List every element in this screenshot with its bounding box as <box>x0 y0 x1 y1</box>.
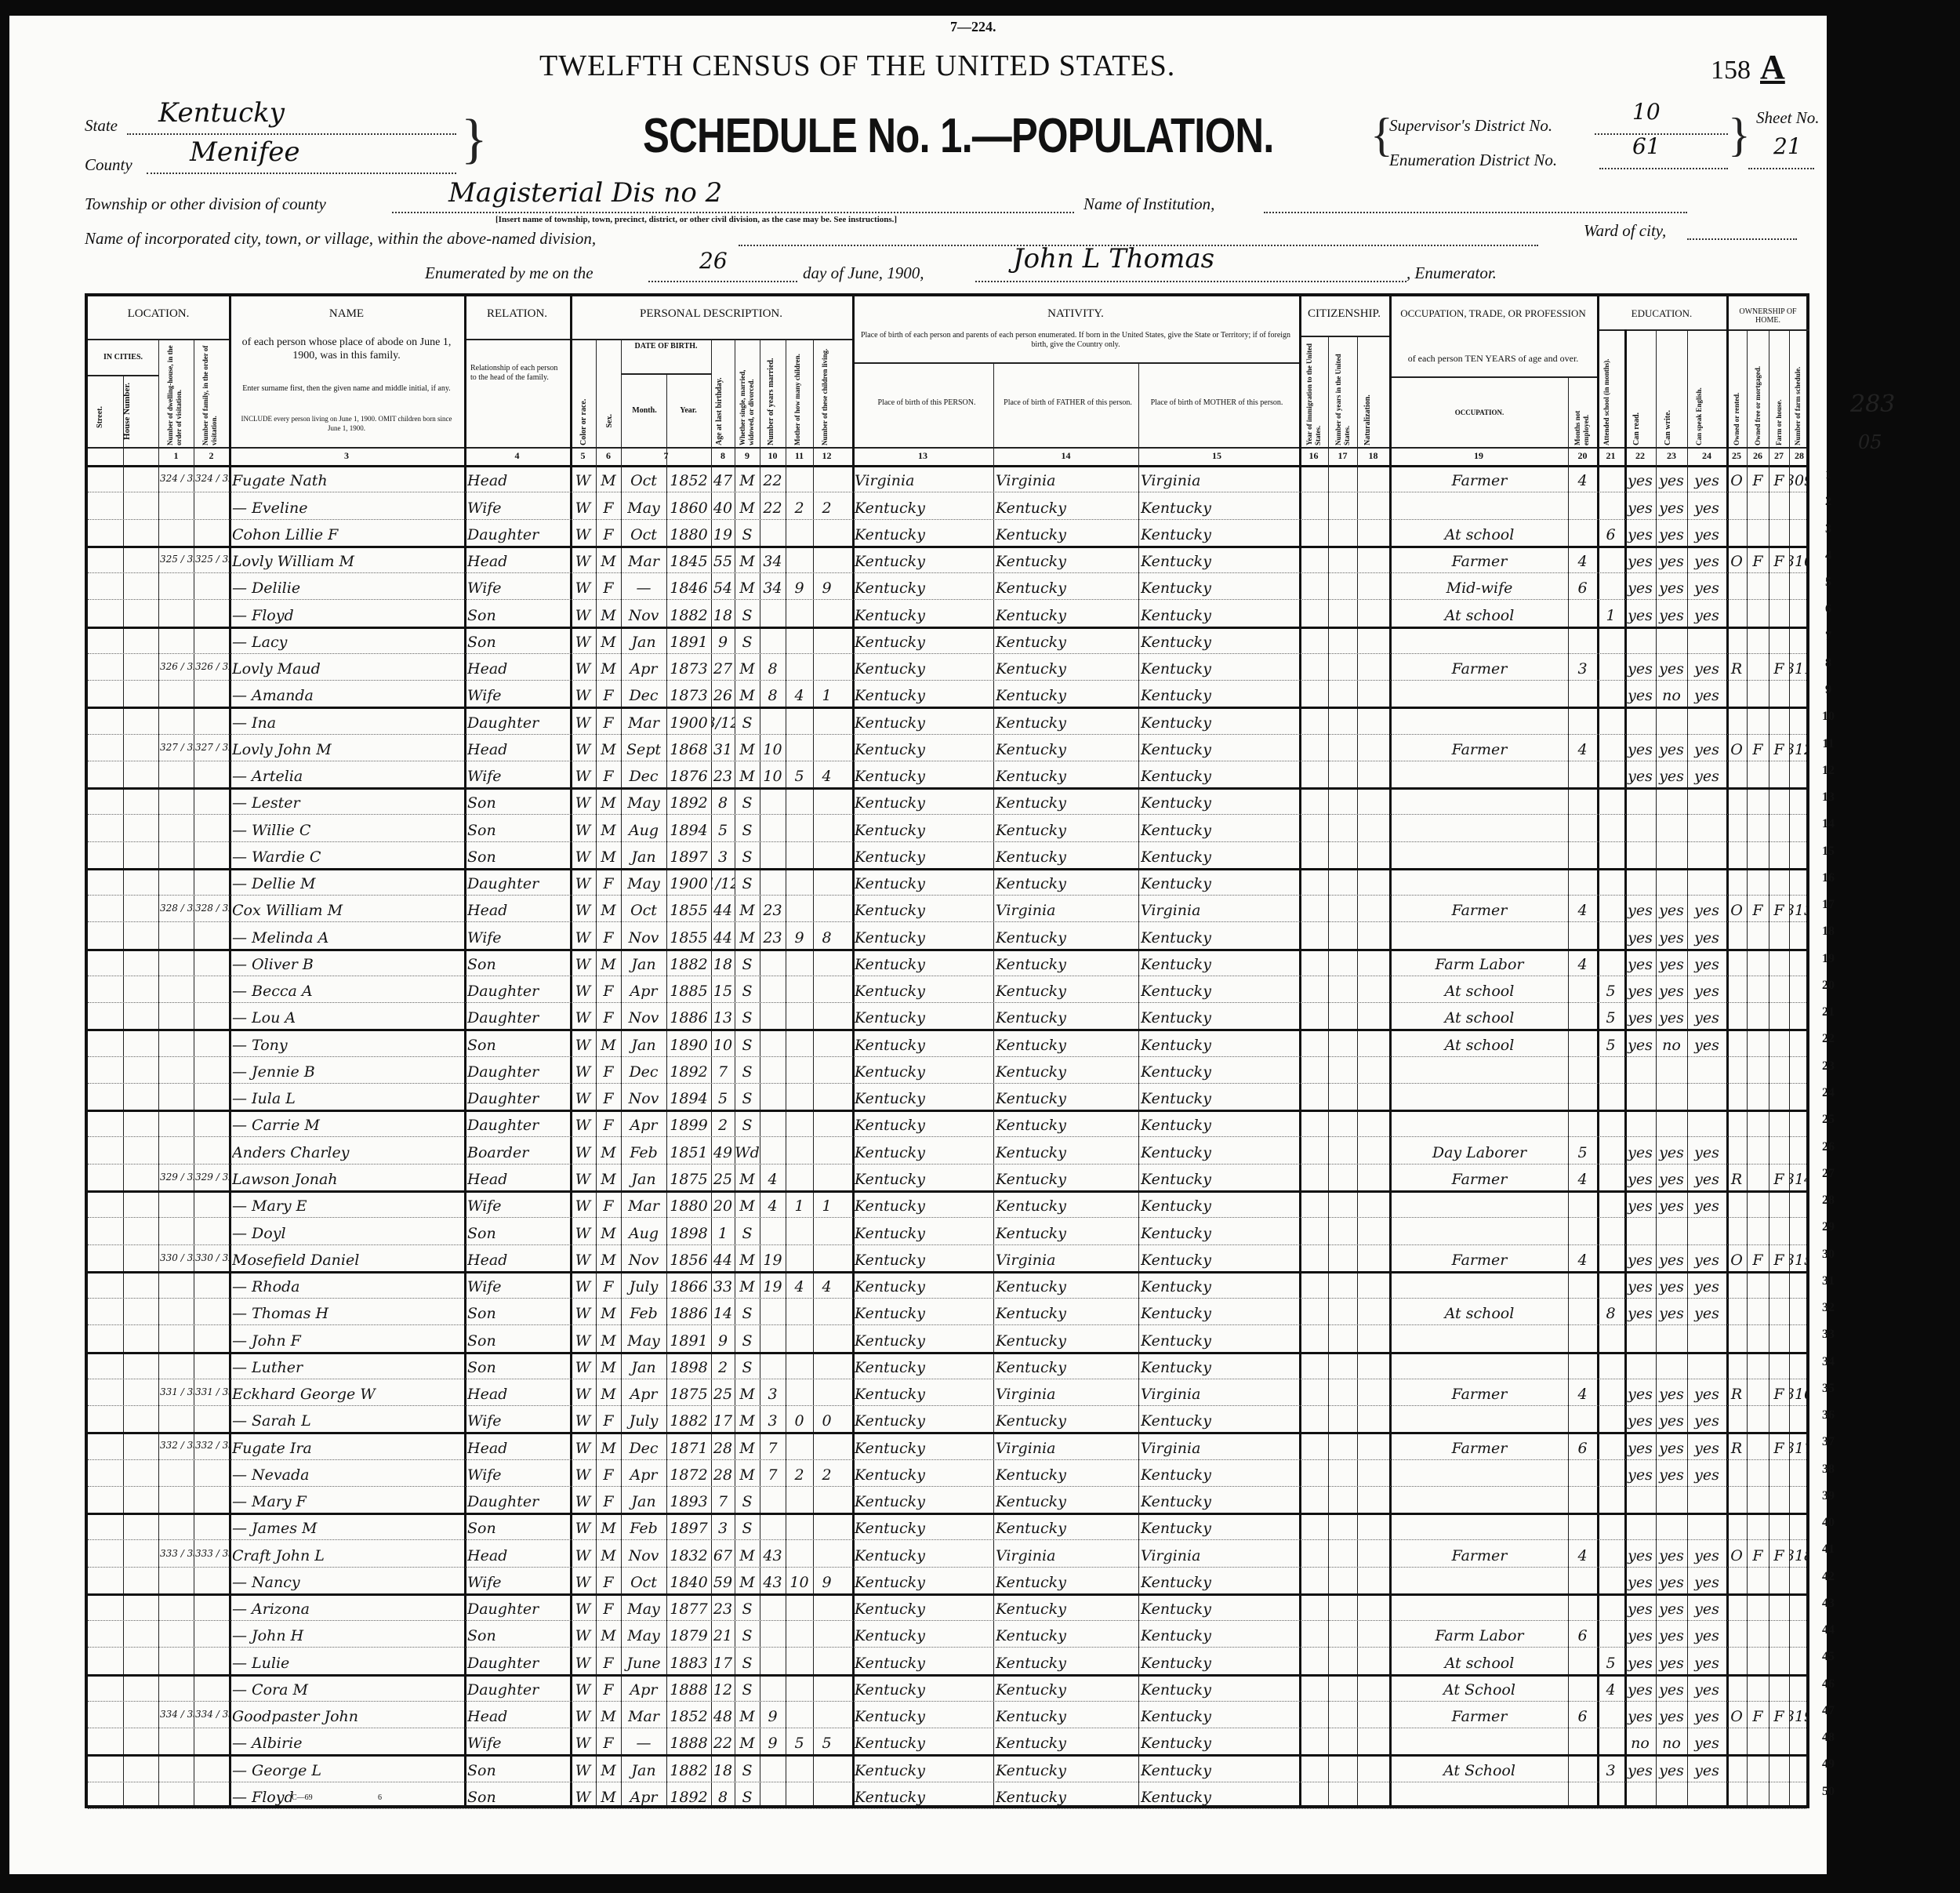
cell-school <box>1597 921 1624 948</box>
cell-mother: Kentucky <box>1141 627 1298 653</box>
table-row: 330 / 329330 / 329Mosefield DanielHeadWM… <box>88 1244 1806 1274</box>
cell-unemployed <box>1568 1002 1597 1029</box>
cell-schedule <box>1789 1083 1809 1110</box>
cell-year: 1900 <box>666 707 711 733</box>
cell-sex: F <box>596 1486 621 1513</box>
cell-marital: S <box>735 949 760 976</box>
cell-marital: M <box>735 572 760 599</box>
cell-name: — Delilie <box>232 572 464 599</box>
cell-birth: Kentucky <box>855 599 993 626</box>
cell-name: — Ina <box>232 707 464 733</box>
cell-occupation: At school <box>1391 599 1568 626</box>
cell-school <box>1597 1271 1624 1298</box>
supervisor-line <box>1595 133 1728 135</box>
cell-birth: Kentucky <box>855 627 993 653</box>
cell-free: F <box>1747 1701 1769 1728</box>
table-row: — LulieDaughterWFJune188317SKentuckyKent… <box>88 1647 1806 1676</box>
cell-free <box>1747 1271 1769 1298</box>
cell-farm <box>1769 1486 1789 1513</box>
cell-read: yes <box>1624 680 1656 707</box>
group-name: NAME <box>229 307 464 321</box>
cell-color: W <box>570 1459 596 1486</box>
cell-mother: Kentucky <box>1141 599 1298 626</box>
cell-write: yes <box>1656 519 1687 546</box>
cell-mother: Kentucky <box>1141 680 1298 707</box>
cell-occupation <box>1391 1728 1568 1754</box>
cell-name: — George L <box>232 1754 464 1781</box>
colnum: 1 <box>158 450 194 462</box>
cell-father: Kentucky <box>996 653 1138 680</box>
cell-relation: Son <box>467 1324 570 1351</box>
cell-farm: F <box>1769 1539 1789 1566</box>
cell-living <box>813 1486 840 1513</box>
cell-color: W <box>570 519 596 546</box>
cell-living <box>813 1324 840 1351</box>
cell-birth: Kentucky <box>855 1164 993 1190</box>
cell-color: W <box>570 1593 596 1620</box>
cell-owned <box>1726 868 1747 895</box>
cell-marital: S <box>735 868 760 895</box>
table-row: — LutherSonWMJan18982SKentuckyKentuckyKe… <box>88 1352 1806 1379</box>
cell-color: W <box>570 1137 596 1164</box>
cell-relation: Son <box>467 1298 570 1324</box>
cell-family <box>194 1513 229 1539</box>
cell-schedule: 312 <box>1789 734 1809 761</box>
cell-read: yes <box>1624 1137 1656 1164</box>
cell-color: W <box>570 1217 596 1244</box>
hdr-occupation: OCCUPATION. <box>1393 408 1566 417</box>
cell-occupation: At school <box>1391 519 1568 546</box>
cell-year: 1852 <box>666 465 711 492</box>
cell-mother-of <box>786 1593 813 1620</box>
cell-year: 1885 <box>666 976 711 1002</box>
cell-color: W <box>570 1539 596 1566</box>
cell-year: 1898 <box>666 1352 711 1379</box>
cell-family <box>194 1486 229 1513</box>
cell-month: May <box>621 868 666 895</box>
cell-name: — Luther <box>232 1352 464 1379</box>
cell-year: 1856 <box>666 1244 711 1271</box>
cell-living <box>813 1701 840 1728</box>
cell-mother-of <box>786 1244 813 1271</box>
cell-father: Kentucky <box>996 1782 1138 1808</box>
cell-color: W <box>570 1298 596 1324</box>
cell-farm <box>1769 1190 1789 1217</box>
cell-write: yes <box>1656 761 1687 787</box>
cell-living <box>813 546 840 572</box>
cell-birth: Kentucky <box>855 1459 993 1486</box>
cell-family: 332 / 331 <box>194 1432 229 1459</box>
cell-write: yes <box>1656 1432 1687 1459</box>
form-code: C—69 <box>292 1793 313 1802</box>
cell-yrs-married <box>760 1137 786 1164</box>
cell-year: 1871 <box>666 1432 711 1459</box>
cell-schedule: 319 <box>1789 1701 1809 1728</box>
cell-owned <box>1726 841 1747 868</box>
cell-free <box>1747 1754 1769 1781</box>
cell-marital: S <box>735 976 760 1002</box>
cell-dwelling <box>158 1271 194 1298</box>
colnum: 23 <box>1656 450 1687 462</box>
cell-owned: R <box>1726 1164 1747 1190</box>
group-location: LOCATION. <box>88 307 229 321</box>
cell-school: 5 <box>1597 976 1624 1002</box>
cell-year: 1891 <box>666 627 711 653</box>
cell-schedule <box>1789 680 1809 707</box>
cell-color: W <box>570 976 596 1002</box>
cell-occupation: Farmer <box>1391 734 1568 761</box>
cell-name: Fugate Ira <box>232 1432 464 1459</box>
cell-unemployed: 4 <box>1568 1244 1597 1271</box>
hdr-immigration: Year of immigration to the United States… <box>1305 340 1323 445</box>
cell-living <box>813 1137 840 1164</box>
cell-year: 1898 <box>666 1217 711 1244</box>
cell-sex: M <box>596 1164 621 1190</box>
cell-school <box>1597 949 1624 976</box>
cell-write <box>1656 707 1687 733</box>
cell-marital: M <box>735 1379 760 1405</box>
cell-owned <box>1726 1674 1747 1701</box>
cell-year: 1897 <box>666 1513 711 1539</box>
cell-unemployed <box>1568 1352 1597 1379</box>
cell-write: yes <box>1656 1674 1687 1701</box>
cell-birth: Kentucky <box>855 1567 993 1593</box>
cell-read: yes <box>1624 895 1656 921</box>
cell-month: Jan <box>621 627 666 653</box>
cell-sex: M <box>596 1324 621 1351</box>
cell-mother: Kentucky <box>1141 492 1298 518</box>
cell-family: 325 / 324 <box>194 546 229 572</box>
cell-relation: Wife <box>467 921 570 948</box>
cell-color: W <box>570 546 596 572</box>
cell-owned: O <box>1726 1701 1747 1728</box>
cell-occupation: At school <box>1391 976 1568 1002</box>
cell-relation: Son <box>467 949 570 976</box>
cell-family <box>194 1002 229 1029</box>
cell-occupation <box>1391 841 1568 868</box>
cell-birth: Kentucky <box>855 734 993 761</box>
cell-month: July <box>621 1271 666 1298</box>
cell-speak: yes <box>1687 895 1726 921</box>
cell-owned <box>1726 707 1747 733</box>
cell-owned: O <box>1726 546 1747 572</box>
cell-mother-of <box>786 734 813 761</box>
cell-sex: F <box>596 1567 621 1593</box>
cell-free <box>1747 1379 1769 1405</box>
cell-free <box>1747 1567 1769 1593</box>
table-row: — Carrie MDaughterWFApr18992SKentuckyKen… <box>88 1110 1806 1137</box>
cell-school <box>1597 627 1624 653</box>
cell-living: 4 <box>813 761 840 787</box>
cell-year: 1840 <box>666 1567 711 1593</box>
cell-marital: M <box>735 1190 760 1217</box>
cell-name: Craft John L <box>232 1539 464 1566</box>
cell-birth: Kentucky <box>855 1701 993 1728</box>
enumerator-label: , Enumerator. <box>1406 263 1497 283</box>
cell-occupation: Mid-wife <box>1391 572 1568 599</box>
cell-free <box>1747 1405 1769 1432</box>
cell-family: 331 / 330 <box>194 1379 229 1405</box>
cell-mother-of <box>786 707 813 733</box>
cell-marital: S <box>735 1782 760 1808</box>
cell-school: 5 <box>1597 1029 1624 1056</box>
enumerated-prefix: Enumerated by me on the <box>425 263 593 283</box>
cell-owned: R <box>1726 1379 1747 1405</box>
cell-mother-of <box>786 895 813 921</box>
cell-farm <box>1769 1647 1789 1673</box>
cell-farm <box>1769 1217 1789 1244</box>
cell-sex: M <box>596 1432 621 1459</box>
cell-mother-of <box>786 653 813 680</box>
cell-school <box>1597 1486 1624 1513</box>
cell-occupation <box>1391 761 1568 787</box>
cell-color: W <box>570 814 596 841</box>
cell-speak <box>1687 1352 1726 1379</box>
cell-year: 1845 <box>666 546 711 572</box>
cell-father: Kentucky <box>996 1486 1138 1513</box>
cell-color: W <box>570 1110 596 1136</box>
cell-year: 1866 <box>666 1271 711 1298</box>
cell-mother: Kentucky <box>1141 1567 1298 1593</box>
cell-age: 8 <box>711 787 735 814</box>
cell-living <box>813 519 840 546</box>
cell-dwelling <box>158 627 194 653</box>
cell-father: Kentucky <box>996 546 1138 572</box>
cell-speak <box>1687 1083 1726 1110</box>
table-row: — Wardie CSonWMJan18973SKentuckyKentucky… <box>88 841 1806 870</box>
cell-farm <box>1769 1083 1789 1110</box>
cell-mother-of: 5 <box>786 1728 813 1754</box>
cell-unemployed <box>1568 1513 1597 1539</box>
cell-living <box>813 1539 840 1566</box>
colnum: 24 <box>1687 450 1726 462</box>
cell-yrs-married <box>760 1056 786 1083</box>
cell-age: 5 <box>711 1083 735 1110</box>
cell-free <box>1747 1298 1769 1324</box>
cell-farm <box>1769 627 1789 653</box>
line-number: 26 <box>1813 1140 1844 1154</box>
cell-sex: M <box>596 841 621 868</box>
cell-free <box>1747 1674 1769 1701</box>
cell-living <box>813 1379 840 1405</box>
cell-occupation <box>1391 1056 1568 1083</box>
cell-relation: Son <box>467 841 570 868</box>
cell-read: yes <box>1624 1459 1656 1486</box>
cell-write <box>1656 1513 1687 1539</box>
cell-living <box>813 653 840 680</box>
cell-family: 328 / 327 <box>194 895 229 921</box>
cell-school <box>1597 1217 1624 1244</box>
cell-living <box>813 1674 840 1701</box>
cell-marital: M <box>735 653 760 680</box>
colnum: 11 <box>786 450 813 462</box>
table-row: — Melinda AWifeWFNov185544M2398KentuckyK… <box>88 921 1806 950</box>
cell-read: yes <box>1624 1539 1656 1566</box>
cell-month: Aug <box>621 1217 666 1244</box>
cell-father: Kentucky <box>996 627 1138 653</box>
cell-marital: M <box>735 1432 760 1459</box>
cell-speak: yes <box>1687 465 1726 492</box>
cell-year: 1873 <box>666 680 711 707</box>
cell-family: 334 / 333 <box>194 1701 229 1728</box>
cell-read <box>1624 1110 1656 1136</box>
cell-mother: Kentucky <box>1141 868 1298 895</box>
cell-mother-of: 9 <box>786 921 813 948</box>
cell-mother-of: 4 <box>786 680 813 707</box>
cell-schedule: 314 <box>1789 1164 1809 1190</box>
cell-school <box>1597 1324 1624 1351</box>
cell-father: Kentucky <box>996 921 1138 948</box>
cell-school <box>1597 734 1624 761</box>
cell-mother-of <box>786 1110 813 1136</box>
cell-living: 2 <box>813 1459 840 1486</box>
cell-dwelling: 324 / 323 <box>158 465 194 492</box>
cell-living <box>813 1217 840 1244</box>
cell-mother: Virginia <box>1141 465 1298 492</box>
page-side: A <box>1760 48 1785 86</box>
enumerated-day-line <box>648 281 797 282</box>
cell-birth: Kentucky <box>855 1056 993 1083</box>
cell-read: yes <box>1624 1647 1656 1673</box>
cell-color: W <box>570 1674 596 1701</box>
cell-color: W <box>570 627 596 653</box>
cell-relation: Wife <box>467 1190 570 1217</box>
cell-yrs-married: 43 <box>760 1567 786 1593</box>
cell-living: 0 <box>813 1405 840 1432</box>
cell-sex: F <box>596 1728 621 1754</box>
colnum: 19 <box>1389 450 1568 462</box>
cell-mother-of: 10 <box>786 1567 813 1593</box>
cell-name: — Floyd <box>232 599 464 626</box>
cell-sex: M <box>596 1620 621 1647</box>
cell-father: Kentucky <box>996 814 1138 841</box>
cell-month: Jan <box>621 1486 666 1513</box>
line-number: 35 <box>1813 1382 1844 1396</box>
cell-relation: Wife <box>467 680 570 707</box>
cell-occupation <box>1391 787 1568 814</box>
cell-color: W <box>570 895 596 921</box>
cell-age: 25 <box>711 1379 735 1405</box>
cell-mother-of <box>786 1217 813 1244</box>
cell-relation: Head <box>467 1164 570 1190</box>
cell-sex: F <box>596 1647 621 1673</box>
cell-school <box>1597 1190 1624 1217</box>
colnum: 12 <box>813 450 840 462</box>
table-row: 333 / 332333 / 332Craft John LHeadWMNov1… <box>88 1539 1806 1567</box>
cell-farm <box>1769 949 1789 976</box>
cell-write <box>1656 1217 1687 1244</box>
cell-owned: R <box>1726 653 1747 680</box>
cell-schedule: 316 <box>1789 1379 1809 1405</box>
cell-living: 9 <box>813 572 840 599</box>
cell-name: — Tony <box>232 1029 464 1056</box>
cell-sex: M <box>596 1217 621 1244</box>
cell-unemployed <box>1568 1029 1597 1056</box>
cell-month: Feb <box>621 1513 666 1539</box>
cell-father: Kentucky <box>996 1405 1138 1432</box>
table-row: — DoylSonWMAug18981SKentuckyKentuckyKent… <box>88 1217 1806 1244</box>
line-number: 11 <box>1813 737 1844 751</box>
cell-occupation <box>1391 1567 1568 1593</box>
cell-age: 59 <box>711 1567 735 1593</box>
cell-age: 44 <box>711 921 735 948</box>
cell-farm <box>1769 761 1789 787</box>
cell-occupation: Farmer <box>1391 465 1568 492</box>
cell-name: — Lacy <box>232 627 464 653</box>
cell-dwelling <box>158 868 194 895</box>
cell-school <box>1597 761 1624 787</box>
cell-speak: yes <box>1687 1002 1726 1029</box>
cell-occupation <box>1391 1352 1568 1379</box>
cell-month: Oct <box>621 895 666 921</box>
colnum: 17 <box>1328 450 1357 462</box>
cell-age: 3/12 <box>711 707 735 733</box>
cell-free: F <box>1747 546 1769 572</box>
page-number-value: 158 <box>1711 56 1751 85</box>
cell-yrs-married <box>760 627 786 653</box>
cell-farm <box>1769 707 1789 733</box>
cell-school <box>1597 1728 1624 1754</box>
cell-month: Nov <box>621 1083 666 1110</box>
cell-color: W <box>570 1271 596 1298</box>
group-personal: PERSONAL DESCRIPTION. <box>570 307 852 321</box>
cell-schedule <box>1789 787 1809 814</box>
cell-school <box>1597 680 1624 707</box>
cell-year: 1886 <box>666 1002 711 1029</box>
table-row: — James MSonWMFeb18973SKentuckyKentuckyK… <box>88 1513 1806 1540</box>
colnum: 16 <box>1299 450 1328 462</box>
cell-dwelling: 325 / 324 <box>158 546 194 572</box>
line-number: 18 <box>1813 925 1844 939</box>
cell-yrs-married: 23 <box>760 895 786 921</box>
cell-month: Oct <box>621 519 666 546</box>
cell-father: Kentucky <box>996 1620 1138 1647</box>
cell-schedule <box>1789 1593 1809 1620</box>
cell-yrs-married <box>760 707 786 733</box>
cell-month: Apr <box>621 1674 666 1701</box>
cell-farm <box>1769 1002 1789 1029</box>
cell-school <box>1597 1137 1624 1164</box>
cell-marital: S <box>735 841 760 868</box>
cell-unemployed: 6 <box>1568 1432 1597 1459</box>
cell-write: yes <box>1656 1379 1687 1405</box>
cell-color: W <box>570 921 596 948</box>
cell-name: — Mary E <box>232 1190 464 1217</box>
cell-read: yes <box>1624 519 1656 546</box>
cell-marital: M <box>735 921 760 948</box>
cell-name: — Iula L <box>232 1083 464 1110</box>
cell-name: Lovly John M <box>232 734 464 761</box>
table-row: — George LSonWMJan188218SKentuckyKentuck… <box>88 1754 1806 1782</box>
cell-mother: Kentucky <box>1141 976 1298 1002</box>
cell-father: Kentucky <box>996 599 1138 626</box>
cell-family <box>194 1190 229 1217</box>
cell-write: yes <box>1656 546 1687 572</box>
cell-year: 1888 <box>666 1674 711 1701</box>
state-value: Kentucky <box>158 97 285 129</box>
cell-farm: F <box>1769 653 1789 680</box>
cell-family <box>194 572 229 599</box>
hdr-can-read: Can read. <box>1632 391 1641 445</box>
cell-read: yes <box>1624 1674 1656 1701</box>
cell-read: yes <box>1624 572 1656 599</box>
cell-mother: Kentucky <box>1141 1405 1298 1432</box>
cell-age: 1 <box>711 1217 735 1244</box>
cell-living <box>813 599 840 626</box>
table-row: — Becca ADaughterWFApr188515SKentuckyKen… <box>88 976 1806 1003</box>
cell-mother: Kentucky <box>1141 1324 1298 1351</box>
cell-owned <box>1726 519 1747 546</box>
